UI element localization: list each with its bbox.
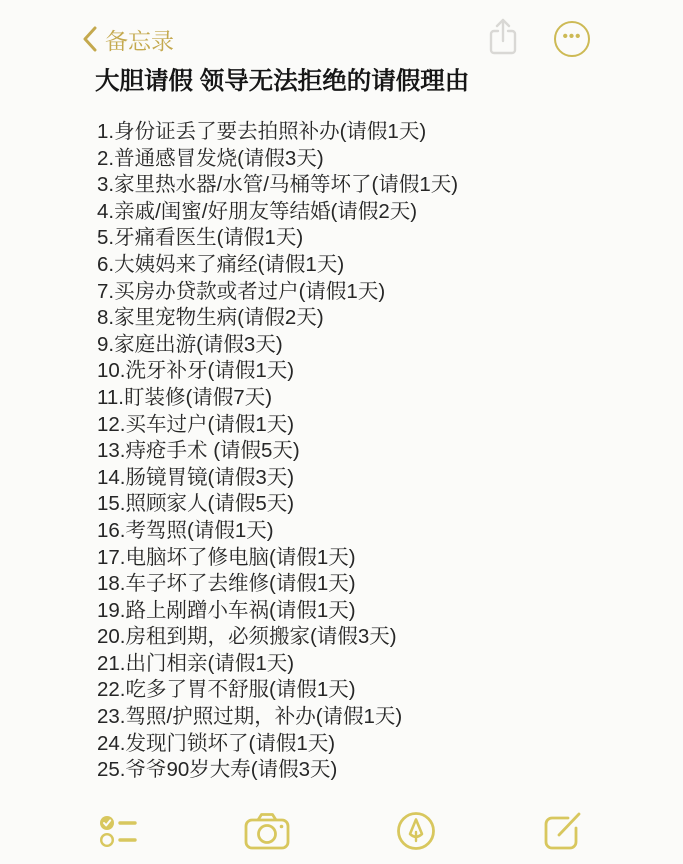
list-item: 9.家庭出游(请假3天) bbox=[97, 332, 643, 359]
note-body: 1.身份证丢了要去拍照补办(请假1天)2.普通感冒发烧(请假3天)3.家里热水器… bbox=[97, 119, 643, 784]
back-button[interactable]: 备忘录 bbox=[82, 23, 174, 56]
notes-app-screen: 备忘录 ••• 大胆请假 领导无法拒绝的请假理由 1.身份证丢了要去拍照补办(请… bbox=[0, 0, 683, 864]
list-item: 4.亲戚/闺蜜/好朋友等结婚(请假2天) bbox=[97, 199, 643, 226]
compose-button[interactable] bbox=[534, 807, 594, 859]
back-label: 备忘录 bbox=[105, 23, 174, 56]
list-item: 13.痔疮手术 (请假5天) bbox=[97, 438, 643, 465]
checklist-button[interactable] bbox=[89, 807, 149, 859]
share-button[interactable] bbox=[488, 18, 518, 61]
list-item: 14.肠镜胃镜(请假3天) bbox=[97, 465, 643, 492]
checklist-icon bbox=[97, 810, 141, 857]
share-icon bbox=[488, 18, 518, 61]
list-item: 7.买房办贷款或者过户(请假1天) bbox=[97, 279, 643, 306]
more-button[interactable]: ••• bbox=[554, 21, 590, 57]
list-item: 12.买车过户(请假1天) bbox=[97, 412, 643, 439]
list-item: 6.大姨妈来了痛经(请假1天) bbox=[97, 252, 643, 279]
list-item: 16.考驾照(请假1天) bbox=[97, 518, 643, 545]
list-item: 23.驾照/护照过期，补办(请假1天) bbox=[97, 704, 643, 731]
nav-actions: ••• bbox=[488, 18, 590, 61]
note-title: 大胆请假 领导无法拒绝的请假理由 bbox=[95, 66, 628, 98]
list-item: 22.吃多了胃不舒服(请假1天) bbox=[97, 677, 643, 704]
list-item: 10.洗牙补牙(请假1天) bbox=[97, 358, 643, 385]
list-item: 19.路上剐蹭小车祸(请假1天) bbox=[97, 598, 643, 625]
list-item: 15.照顾家人(请假5天) bbox=[97, 491, 643, 518]
list-item: 17.电脑坏了修电脑(请假1天) bbox=[97, 545, 643, 572]
markup-icon bbox=[395, 810, 437, 857]
list-item: 21.出门相亲(请假1天) bbox=[97, 651, 643, 678]
list-item: 11.盯装修(请假7天) bbox=[97, 385, 643, 412]
list-item: 3.家里热水器/水管/马桶等坏了(请假1天) bbox=[97, 172, 643, 199]
list-item: 24.发现门锁坏了(请假1天) bbox=[97, 731, 643, 758]
camera-icon bbox=[243, 811, 291, 856]
chevron-left-icon bbox=[82, 26, 97, 52]
list-item: 8.家里宠物生病(请假2天) bbox=[97, 305, 643, 332]
list-item: 18.车子坏了去维修(请假1天) bbox=[97, 571, 643, 598]
markup-button[interactable] bbox=[386, 807, 446, 859]
compose-icon bbox=[542, 810, 586, 857]
list-item: 2.普通感冒发烧(请假3天) bbox=[97, 146, 643, 173]
list-item: 20.房租到期，必须搬家(请假3天) bbox=[97, 624, 643, 651]
ellipsis-icon: ••• bbox=[554, 21, 590, 57]
nav-bar: 备忘录 ••• bbox=[0, 16, 683, 62]
list-item: 5.牙痛看医生(请假1天) bbox=[97, 225, 643, 252]
camera-button[interactable] bbox=[237, 807, 297, 859]
bottom-toolbar bbox=[0, 802, 683, 864]
list-item: 25.爷爷90岁大寿(请假3天) bbox=[97, 757, 643, 784]
list-item: 1.身份证丢了要去拍照补办(请假1天) bbox=[97, 119, 643, 146]
